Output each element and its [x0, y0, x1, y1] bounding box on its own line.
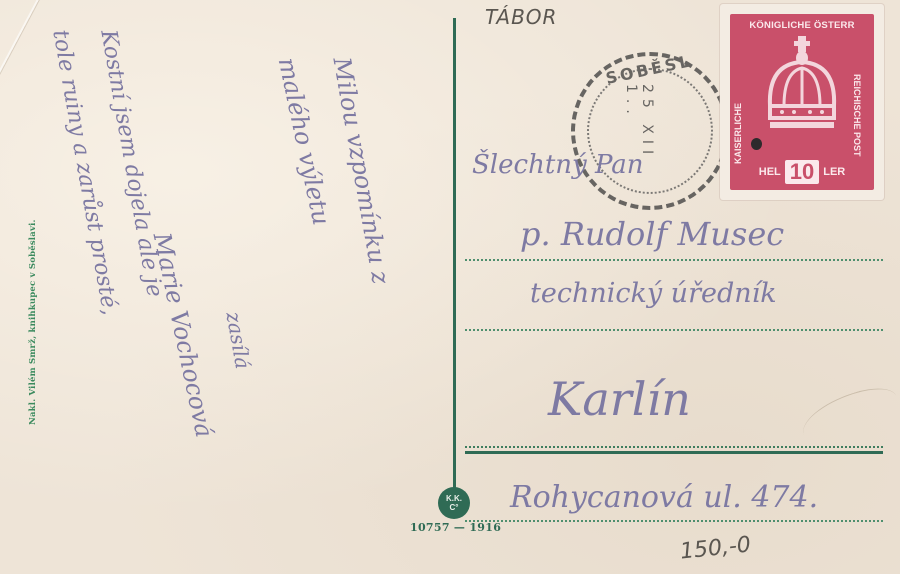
denomination-value: 10	[785, 160, 819, 184]
center-divider	[453, 18, 456, 488]
paper-crease	[0, 0, 40, 103]
message-line: malého výletu	[273, 55, 336, 228]
postmark: SOBĚSL 25 XII 1..	[571, 52, 729, 210]
address-line-street: Rohycanová ul. 474.	[510, 480, 818, 515]
ink-spot	[751, 138, 762, 150]
logo-line: K.K.	[446, 494, 462, 503]
publisher-imprint: Nakl. Vilém Smrž, knihkupec v Soběslavi.	[28, 219, 38, 425]
address-line-title: technický úředník	[530, 278, 777, 309]
stamp-top-text: KÖNIGLICHE ÖSTERR	[740, 20, 864, 31]
message-line: Milou vzpomínku z	[327, 55, 394, 286]
stamp-left-text: KAISERLICHE	[733, 103, 743, 164]
denomination-prefix: HEL	[759, 166, 781, 178]
stamp-face: KÖNIGLICHE ÖSTERR KAISERLICHE REICHISCHE…	[730, 14, 874, 190]
stamp-denomination: HEL 10 LER	[730, 160, 874, 184]
address-line-salutation: Šlechtný Pan	[472, 150, 644, 180]
logo-line: C°	[450, 503, 459, 512]
address-rule	[465, 520, 883, 522]
denomination-suffix: LER	[823, 166, 845, 178]
serial-number: 10757 — 1916	[410, 521, 501, 534]
address-rule	[465, 329, 883, 331]
address-line-city: Karlín	[548, 372, 691, 426]
crown-icon	[762, 34, 842, 134]
paper-tear	[796, 381, 900, 451]
publisher-logo: K.K. C°	[438, 487, 470, 519]
pencil-note-bottom: 150,-0	[679, 532, 752, 564]
postmark-date: 25 XII 1..	[623, 84, 655, 204]
stamp-right-text: REICHISCHE POST	[852, 74, 862, 174]
postcard-back: Nakl. Vilém Smrž, knihkupec v Soběslavi.…	[0, 0, 900, 574]
address-rule-thick	[465, 446, 883, 448]
message-line: zasílá	[221, 310, 255, 371]
postage-stamp: KÖNIGLICHE ÖSTERR KAISERLICHE REICHISCHE…	[720, 4, 884, 200]
address-line-name: p. Rudolf Musec	[520, 215, 784, 253]
address-rule	[465, 259, 883, 261]
pencil-note-top: TÁBOR	[485, 5, 557, 29]
